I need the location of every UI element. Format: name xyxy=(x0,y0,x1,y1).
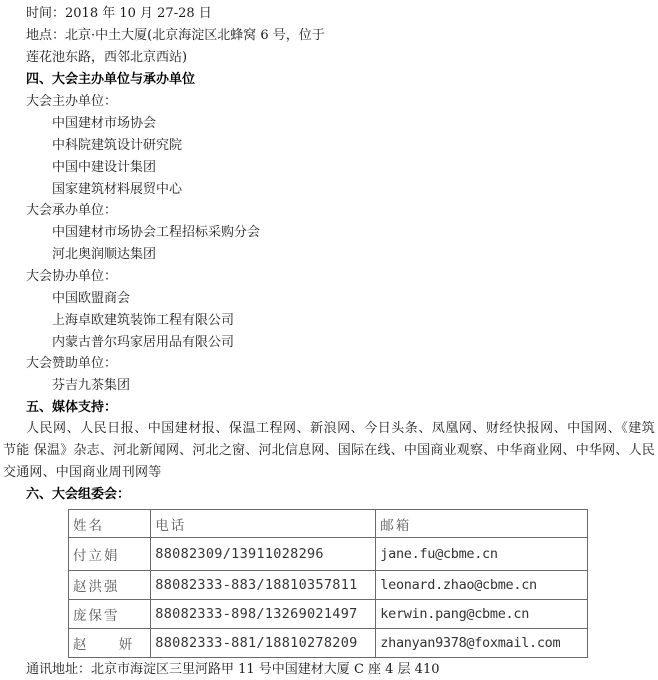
event-time: 时间：2018 年 10 月 27-28 日 xyxy=(26,4,212,24)
contact-name-text: 赵 妍 xyxy=(73,637,146,653)
contact-phone: 88082333-883/18810357811 xyxy=(151,571,376,600)
contact-name: 庞保雪 xyxy=(69,600,151,629)
co-organizer-item: 内蒙古普尔玛家居用品有限公司 xyxy=(52,333,234,353)
organizer-label: 大会主办单位： xyxy=(26,92,117,112)
table-header-row: 姓名 电话 邮箱 xyxy=(69,510,588,538)
contact-email: kerwin.pang@cbme.cn xyxy=(376,600,588,629)
organizer-item: 中国中建设计集团 xyxy=(52,158,156,178)
organizer-item: 中国建材市场协会 xyxy=(52,114,156,134)
table-row: 庞保雪 88082333-898/13269021497 kerwin.pang… xyxy=(69,600,588,629)
co-organizer-label: 大会协办单位： xyxy=(26,267,117,287)
contact-email: leonard.zhao@cbme.cn xyxy=(376,571,588,600)
contact-name: 付立娟 xyxy=(69,538,151,571)
table-row: 赵 妍 88082333-881/18810278209 zhanyan9378… xyxy=(69,629,588,658)
event-location-line1: 地点：北京·中土大厦(北京海淀区北蜂窝 6 号，位于 xyxy=(26,26,325,46)
header-email: 邮箱 xyxy=(376,510,588,538)
sponsor-item: 芬吉九茶集团 xyxy=(52,376,130,396)
section4-heading: 四、大会主办单位与承办单位 xyxy=(26,70,195,90)
media-support-paragraph: 人民网、人民日报、中国建材报、保温工程网、新浪网、今日头条、凤凰网、财经快报网、… xyxy=(3,418,655,484)
committee-contact-table: 姓名 电话 邮箱 付立娟 88082309/13911028296 jane.f… xyxy=(68,509,588,658)
organizer-item: 国家建筑材料展贸中心 xyxy=(52,180,182,200)
table-row: 付立娟 88082309/13911028296 jane.fu@cbme.cn xyxy=(69,538,588,571)
header-phone: 电话 xyxy=(151,510,376,538)
sponsor-label: 大会赞助单位： xyxy=(26,354,117,374)
event-location-line2: 莲花池东路，西邻北京西站) xyxy=(26,48,187,68)
contact-email: zhanyan9378@foxmail.com xyxy=(376,629,588,658)
host-item: 中国建材市场协会工程招标采购分会 xyxy=(52,223,260,243)
co-organizer-item: 上海卓欧建筑装饰工程有限公司 xyxy=(52,311,234,331)
header-name: 姓名 xyxy=(69,510,151,538)
contact-phone: 88082309/13911028296 xyxy=(151,538,376,571)
section5-heading: 五、媒体支持： xyxy=(26,398,117,418)
contact-phone: 88082333-898/13269021497 xyxy=(151,600,376,629)
co-organizer-item: 中国欧盟商会 xyxy=(52,289,130,309)
table-row: 赵洪强 88082333-883/18810357811 leonard.zha… xyxy=(69,571,588,600)
mailing-address: 通讯地址：北京市海淀区三里河路甲 11 号中国建材大厦 C 座 4 层 410 xyxy=(26,660,440,680)
host-label: 大会承办单位： xyxy=(26,201,117,221)
section6-heading: 六、大会组委会： xyxy=(26,485,130,505)
host-item: 河北奥润顺达集团 xyxy=(52,245,156,265)
contact-name: 赵 妍 xyxy=(69,629,151,658)
contact-name: 赵洪强 xyxy=(69,571,151,600)
organizer-item: 中科院建筑设计研究院 xyxy=(52,136,182,156)
contact-phone: 88082333-881/18810278209 xyxy=(151,629,376,658)
contact-email: jane.fu@cbme.cn xyxy=(376,538,588,571)
